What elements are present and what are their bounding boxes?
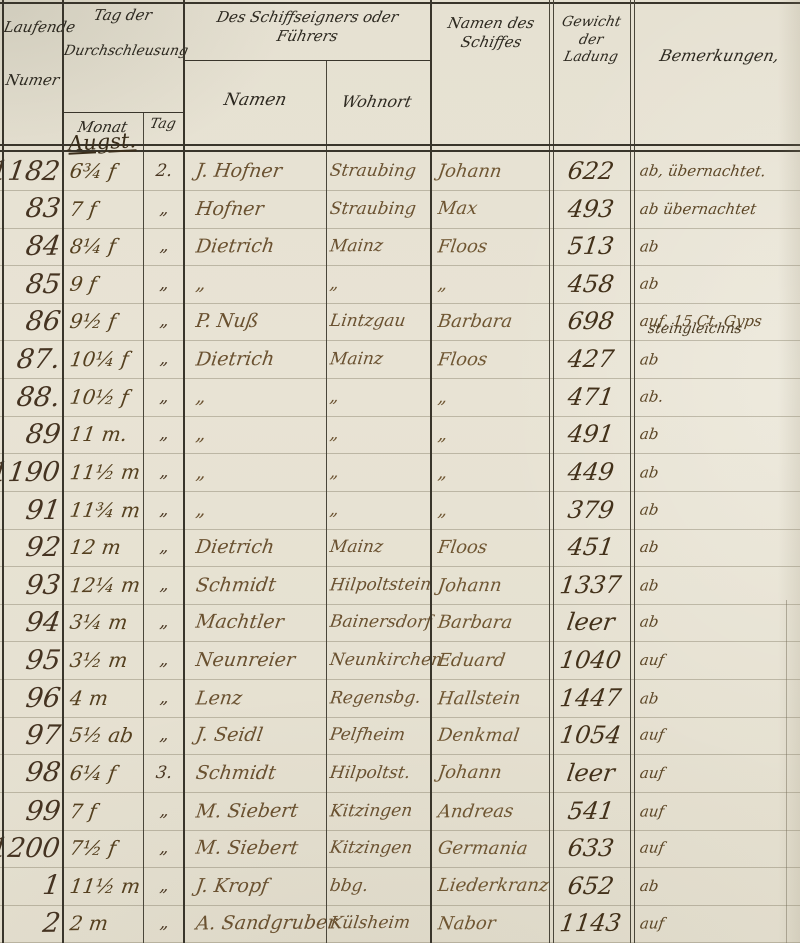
cell-nr: 92 (2, 528, 60, 566)
cell-monat-text: 9 f (68, 272, 98, 296)
cell-bemerkung-line2 (648, 695, 798, 716)
cell-gewicht-text: leer (565, 608, 617, 636)
cell-bemerkung-line2 (648, 846, 798, 867)
cell-nr: 99 (2, 791, 60, 829)
cell-schiff: Johann (438, 152, 550, 191)
cell-nr: 83 (2, 190, 60, 228)
cell-schiff-text: „ (436, 273, 448, 294)
table-row: 87.10¼ f„DietrichMainzFloos427ab (0, 340, 800, 379)
table-row: 943¼ m„MachtlerBainersdorfBarbaraleerab (0, 603, 800, 642)
cell-bemerkung-line2 (648, 733, 798, 754)
cell-nr-text: 97 (23, 720, 62, 751)
cell-name: J. Seidl (196, 716, 324, 755)
cell-wohnort-text: Mainz (329, 537, 385, 557)
cell-gewicht: 449 (554, 453, 628, 492)
cell-name: Dietrich (196, 227, 324, 266)
cell-tag-text: „ (158, 199, 170, 219)
cell-monat-text: 10¼ f (68, 347, 130, 371)
cell-monat: 12 m (70, 528, 142, 566)
cell-monat: 10½ f (70, 378, 142, 416)
cell-nr: 94 (2, 603, 60, 641)
cell-monat: 11½ m (70, 867, 142, 905)
cell-gewicht-text: 1143 (559, 909, 624, 937)
cell-wohnort-text: Lintzgau (329, 311, 407, 331)
cell-tag: „ (146, 716, 182, 754)
cell-gewicht-text: 1040 (558, 646, 623, 674)
cell-monat-text: 12 m (68, 535, 122, 559)
cell-name: Schmidt (196, 754, 324, 792)
cell-name-text: „ (194, 385, 207, 407)
cell-name: Dietrich (196, 528, 324, 566)
cell-schiff-text: „ (437, 424, 449, 445)
cell-wohnort-text: Neunkirchen (329, 650, 444, 670)
cell-name: Dietrich (196, 340, 324, 379)
table-row: 8911 m.„„„„491ab (0, 415, 800, 454)
cell-name-text: M. Siebert (195, 799, 300, 822)
cell-gewicht-text: 451 (566, 533, 616, 561)
cell-nr: 88. (2, 378, 60, 416)
cell-monat: 11 m. (70, 415, 142, 453)
cell-gewicht: 541 (554, 791, 628, 830)
cell-name: Schmidt (196, 565, 324, 604)
border-top (0, 2, 800, 4)
cell-name: „ (196, 415, 324, 453)
cell-tag-text: „ (158, 650, 170, 670)
cell-gewicht-text: 491 (566, 420, 616, 448)
cell-nr: 93 (2, 566, 60, 604)
cell-name: M. Siebert (196, 791, 324, 830)
cell-nr-text: 1 (41, 870, 63, 901)
cell-schiff-text: Liederkranz (437, 875, 550, 896)
cell-name-text: J. Seidl (194, 724, 264, 746)
cell-name-text: „ (194, 498, 207, 520)
cell-tag: „ (146, 378, 182, 416)
cell-tag: „ (146, 490, 182, 528)
cell-tag-text: „ (158, 274, 170, 294)
cell-nr-text: 84 (24, 231, 62, 262)
cell-name: „ (196, 453, 324, 492)
cell-schiff: „ (438, 453, 550, 492)
cell-monat-text: 8¼ f (68, 234, 117, 258)
cell-tag-text: „ (158, 424, 170, 444)
cell-gewicht: 491 (554, 415, 628, 453)
cell-wohnort-text: Kitzingen (329, 838, 414, 858)
cell-wohnort: Hilpoltstein (330, 565, 428, 604)
cell-schiff: „ (438, 490, 550, 529)
table-row: 22 m„A. SandgruberKülsheimNabor1143auf (0, 904, 800, 943)
cell-wohnort-text: „ (329, 424, 341, 444)
cell-monat: 3¼ m (70, 603, 142, 641)
cell-gewicht: 1143 (554, 904, 628, 943)
cell-name-text: Dietrich (195, 235, 276, 258)
cell-schiff: Denkmal (438, 716, 550, 755)
cell-name-text: A. Sandgruber (195, 912, 338, 935)
cell-schiff-text: Johann (437, 574, 503, 595)
cell-name-text: M. Siebert (194, 837, 299, 860)
cell-schiff-text: Johann (437, 762, 504, 783)
cell-tag-text: „ (158, 500, 170, 520)
cell-name-text: „ (194, 423, 207, 445)
cell-schiff-text: Andreas (437, 800, 515, 822)
table-row: 997 f„M. SiebertKitzingenAndreas541auf (0, 792, 800, 831)
cell-monat-text: 6¼ f (68, 761, 117, 785)
cell-tag-text: „ (158, 800, 169, 820)
cell-monat-text: 2 m (68, 911, 109, 935)
cell-gewicht-text: 652 (566, 872, 616, 900)
cell-nr-text: 88. (15, 381, 62, 412)
cell-wohnort: Straubing (330, 190, 428, 228)
cell-bemerkung-line2 (648, 921, 798, 942)
cell-monat-text: 5½ ab (68, 723, 135, 747)
cell-monat: 6¼ f (70, 754, 142, 792)
cell-name: Hofner (196, 190, 324, 228)
cell-gewicht-text: 458 (566, 270, 616, 298)
cell-nr: 1190 (2, 453, 60, 491)
cell-bemerkung-line2 (648, 469, 798, 490)
cell-gewicht-text: 633 (566, 834, 616, 862)
cell-wohnort-text: „ (329, 462, 340, 482)
cell-monat-text: 6¾ f (68, 159, 117, 183)
cell-monat-text: 7½ f (68, 836, 117, 860)
cell-name: J. Hofner (196, 152, 324, 191)
grid-vline-schiff-gewicht-b (553, 0, 554, 943)
cell-name-text: Machtler (194, 611, 285, 633)
cell-monat: 3½ m (70, 641, 142, 679)
cell-bemerkung-line2 (648, 244, 798, 265)
cell-wohnort: Mainz (330, 528, 428, 566)
cell-monat-text: 11 m. (68, 422, 129, 446)
cell-monat: 5½ ab (70, 716, 142, 754)
cell-name-text: „ (195, 461, 208, 483)
cell-gewicht-text: 1447 (559, 683, 624, 711)
cell-gewicht: 458 (554, 265, 628, 303)
cell-gewicht: 493 (554, 190, 628, 228)
cell-schiff: Barbara (438, 302, 550, 340)
cell-schiff: Eduard (438, 641, 550, 679)
cell-tag-text: 3. (154, 763, 173, 783)
cell-gewicht: 633 (554, 829, 628, 867)
cell-tag: „ (146, 791, 182, 829)
cell-gewicht: 451 (554, 528, 628, 566)
grid-hline-tag-underline (62, 112, 183, 113)
cell-nr: 1200 (2, 829, 60, 867)
cell-wohnort: „ (330, 490, 428, 529)
cell-wohnort: bbg. (330, 867, 428, 905)
cell-gewicht-text: 1337 (559, 571, 624, 599)
table-row: 986¼ f3.SchmidtHilpoltst.Johannleerauf (0, 754, 800, 793)
cell-monat: 2 m (70, 904, 142, 943)
table-row: 12007½ f„M. SiebertKitzingenGermania633a… (0, 829, 800, 868)
cell-bemerkung-line2 (648, 169, 798, 190)
cell-nr: 95 (2, 641, 60, 679)
cell-tag: „ (146, 265, 182, 303)
cell-tag-text: „ (158, 725, 170, 745)
cell-tag-text: „ (158, 537, 170, 557)
cell-nr-text: 83 (23, 193, 62, 224)
cell-name: J. Kropf (196, 867, 324, 905)
cell-name: P. Nuß (196, 302, 324, 340)
cell-nr-text: 98 (23, 757, 62, 788)
cell-tag-text: „ (158, 688, 169, 708)
cell-wohnort-text: „ (329, 274, 341, 294)
cell-gewicht-text: 1054 (558, 721, 623, 749)
grid-vline-gewicht-bem-a (630, 0, 631, 943)
cell-nr: 1 (2, 867, 60, 905)
cell-tag: „ (146, 190, 182, 228)
grid-vline-monat-tag (143, 112, 144, 943)
cell-schiff: Hallstein (438, 678, 550, 717)
cell-wohnort: „ (330, 415, 428, 453)
cell-tag: „ (146, 453, 182, 491)
cell-monat: 11½ m (70, 453, 142, 492)
cell-wohnort: Mainz (330, 227, 428, 266)
cell-nr-text: 96 (24, 682, 62, 713)
cell-nr: 86 (2, 302, 60, 340)
cell-bemerkung-line2 (648, 394, 798, 415)
cell-schiff: Andreas (438, 791, 550, 830)
cell-nr: 96 (2, 678, 60, 716)
cell-bemerkung-line2 (648, 771, 798, 791)
cell-schiff-text: Nabor (437, 913, 497, 934)
cell-nr: 91 (2, 490, 60, 528)
cell-monat-text: 12¼ m (68, 573, 141, 598)
cell-tag-text: „ (158, 311, 170, 331)
cell-gewicht: leer (554, 603, 628, 641)
cell-name-text: Dietrich (195, 348, 276, 371)
cell-wohnort-text: Hilpoltstein (329, 574, 433, 595)
cell-monat: 9 f (70, 265, 142, 303)
cell-schiff: Floos (438, 340, 550, 379)
cell-nr-text: 93 (24, 569, 62, 600)
cell-nr: 84 (2, 227, 60, 265)
cell-nr-text: 91 (23, 494, 62, 525)
cell-schiff-text: Germania (436, 837, 529, 858)
cell-bemerkung-line2 (648, 808, 798, 829)
table-row: 859 f„„„„458ab (0, 265, 800, 304)
cell-gewicht-text: 698 (566, 307, 616, 335)
cell-nr-text: 1190 (0, 456, 62, 488)
grid-vline-nr (62, 0, 64, 943)
cell-wohnort: Neunkirchen (330, 641, 428, 679)
cell-name-text: Lenz (195, 687, 244, 709)
cell-gewicht-text: 379 (566, 495, 616, 523)
cell-wohnort-text: Hilpoltst. (329, 763, 412, 783)
cell-tag: „ (146, 415, 182, 453)
cell-tag: „ (146, 867, 182, 905)
cell-schiff: „ (438, 377, 550, 416)
cell-bemerkung-line2 (648, 281, 798, 302)
cell-nr-text: 1182 (0, 155, 62, 186)
cell-tag: „ (146, 566, 182, 604)
cell-gewicht: 513 (554, 227, 628, 266)
cell-name-text: „ (194, 273, 207, 295)
table-row: 953½ m„NeunreierNeunkirchenEduard1040auf (0, 641, 800, 680)
cell-monat-text: 9½ f (68, 309, 117, 333)
cell-tag: „ (146, 528, 182, 566)
cell-bemerkung-line2 (648, 884, 798, 904)
grid-vline-name-wohnort (326, 60, 327, 943)
table-row: 975½ ab„J. SeidlPelfheimDenkmal1054auf (0, 716, 800, 755)
cell-bemerkung-line2 (648, 432, 798, 452)
ledger-page: Laufende Numer Tag der Durchschleusung M… (0, 0, 800, 943)
page-right-edge (786, 600, 787, 943)
cell-bemerkung-line2 (648, 582, 798, 603)
grid-hline-owner-underline (183, 60, 430, 61)
cell-tag: „ (146, 302, 182, 340)
cell-monat: 10¼ f (70, 340, 142, 379)
cell-tag-text: „ (158, 462, 169, 482)
cell-tag-text: „ (158, 876, 170, 896)
cell-name: „ (196, 265, 324, 304)
cell-schiff: Barbara (438, 603, 550, 642)
cell-schiff-text: Barbara (436, 612, 513, 633)
cell-tag-text: „ (158, 612, 170, 632)
grid-vline-tag-name (183, 0, 185, 943)
cell-tag: „ (146, 340, 182, 378)
cell-wohnort: Straubing (330, 152, 428, 191)
cell-nr-text: 92 (23, 532, 62, 563)
cell-name: A. Sandgruber (196, 904, 324, 943)
cell-wohnort-text: Külsheim (329, 913, 412, 934)
cell-schiff-text: Floos (437, 349, 489, 370)
cell-tag-text: „ (158, 838, 170, 858)
cell-nr: 97 (2, 716, 60, 754)
cell-bemerkung-line2 (648, 507, 798, 528)
table-row: 837 f„HofnerStraubingMax493ab übernachte… (0, 190, 800, 229)
cell-name: „ (196, 490, 324, 529)
table-row: 111½ m„J. Kropfbbg.Liederkranz652ab (0, 867, 800, 906)
grid-vline-wohnort-schiff (430, 0, 432, 943)
cell-bemerkung-line2 (648, 658, 798, 678)
cell-monat-text: 3¼ m (68, 610, 129, 634)
cell-schiff: Germania (438, 829, 550, 868)
cell-wohnort-text: Regensbg. (329, 687, 422, 708)
cell-bemerkung-line2 (648, 545, 798, 565)
cell-monat: 7 f (70, 791, 142, 830)
cell-gewicht-text: 541 (566, 796, 616, 824)
cell-nr-text: 87. (15, 343, 62, 374)
cell-nr: 85 (2, 265, 60, 303)
cell-schiff-text: Hallstein (437, 687, 522, 709)
table-row: 9312¼ m„SchmidtHilpoltsteinJohann1337ab (0, 566, 800, 605)
cell-schiff-text: „ (436, 499, 448, 520)
cell-nr-text: 1200 (0, 832, 62, 863)
cell-nr-text: 99 (24, 795, 62, 826)
cell-name: „ (196, 377, 324, 416)
cell-schiff-text: Denkmal (436, 725, 520, 746)
cell-schiff: Floos (438, 227, 550, 266)
table-row: 9212 m„DietrichMainzFloos451ab (0, 528, 800, 567)
table-row: 11826¾ f2.J. HofnerStraubingJohann622ab,… (0, 152, 800, 191)
cell-gewicht: 1054 (554, 716, 628, 754)
cell-schiff-text: Eduard (437, 650, 507, 671)
cell-name: M. Siebert (196, 829, 324, 868)
cell-monat-text: 11¾ m (68, 497, 142, 521)
cell-monat-text: 7 f (68, 799, 98, 823)
page-right-shade (778, 0, 800, 943)
cell-monat: 8¼ f (70, 227, 142, 266)
cell-name-text: Schmidt (194, 762, 277, 784)
cell-wohnort: „ (330, 377, 428, 416)
cell-schiff-text: Floos (437, 236, 489, 257)
cell-gewicht: 1040 (554, 641, 628, 679)
cell-schiff-text: Johann (436, 160, 503, 181)
cell-tag: „ (146, 603, 182, 641)
table-row: 848¼ f„DietrichMainzFloos513ab (0, 227, 800, 266)
cell-schiff-text: Max (437, 198, 479, 219)
cell-wohnort: Pelfheim (330, 716, 428, 755)
cell-wohnort: Kitzingen (330, 791, 428, 830)
cell-nr: 1182 (2, 152, 60, 190)
table-row: 119011½ m„„„„449ab (0, 453, 800, 492)
cell-monat-text: 7 f (68, 197, 98, 221)
cell-schiff: Floos (438, 528, 550, 566)
cell-name: Lenz (196, 678, 324, 717)
cell-schiff: Liederkranz (438, 867, 550, 905)
cell-wohnort: Lintzgau (330, 302, 428, 340)
cell-gewicht-text: 622 (566, 157, 616, 185)
cell-gewicht-text: 449 (566, 458, 616, 486)
cell-nr-text: 94 (23, 607, 62, 638)
cell-nr-text: 89 (23, 419, 62, 450)
cell-tag-text: „ (158, 387, 170, 407)
cell-schiff: Johann (438, 754, 550, 792)
cell-nr-text: 85 (23, 268, 62, 299)
cell-monat-text: 11½ m (68, 874, 142, 898)
cell-bemerkung-line2 (648, 207, 798, 227)
cell-schiff-text: Floos (437, 537, 489, 558)
cell-gewicht: 652 (554, 867, 628, 905)
cell-nr: 89 (2, 415, 60, 453)
cell-nr-text: 95 (23, 645, 62, 676)
cell-wohnort-text: bbg. (329, 876, 370, 896)
cell-gewicht: 1447 (554, 678, 628, 717)
cell-monat: 4 m (70, 678, 142, 717)
border-left (2, 0, 4, 943)
cell-wohnort: Regensbg. (330, 678, 428, 717)
cell-wohnort: Kitzingen (330, 829, 428, 868)
cell-nr: 98 (2, 754, 60, 792)
cell-gewicht-text: 427 (566, 345, 616, 373)
cell-bemerkung-line2-text: steingleichns (647, 321, 743, 337)
cell-nr-text: 2 (41, 908, 62, 939)
cell-wohnort-text: Mainz (329, 349, 385, 369)
cell-nr: 2 (2, 904, 60, 942)
cell-name: Neunreier (196, 641, 324, 679)
cell-gewicht-text: 493 (566, 195, 616, 223)
cell-wohnort: „ (330, 453, 428, 492)
cell-wohnort: Külsheim (330, 904, 428, 943)
cell-name-text: Schmidt (195, 574, 278, 597)
cell-tag: 2. (146, 152, 182, 190)
month-annotation: Augst. (67, 128, 136, 156)
cell-schiff: „ (438, 415, 550, 453)
cell-nr: 87. (2, 340, 60, 378)
cell-gewicht-text: 471 (566, 383, 616, 411)
cell-monat-text: 11½ m (68, 460, 141, 485)
cell-tag-text: 2. (154, 161, 173, 181)
cell-gewicht: 427 (554, 340, 628, 379)
cell-schiff: Johann (438, 565, 550, 604)
cell-name: Machtler (196, 603, 324, 642)
cell-monat: 11¾ m (70, 490, 142, 528)
cell-wohnort: Bainersdorf (330, 603, 428, 642)
cell-wohnort-text: „ (329, 499, 341, 519)
cell-schiff: Max (438, 190, 550, 228)
cell-gewicht: 622 (554, 152, 628, 190)
cell-schiff: Nabor (438, 904, 550, 943)
cell-name-text: J. Kropf (194, 875, 269, 897)
